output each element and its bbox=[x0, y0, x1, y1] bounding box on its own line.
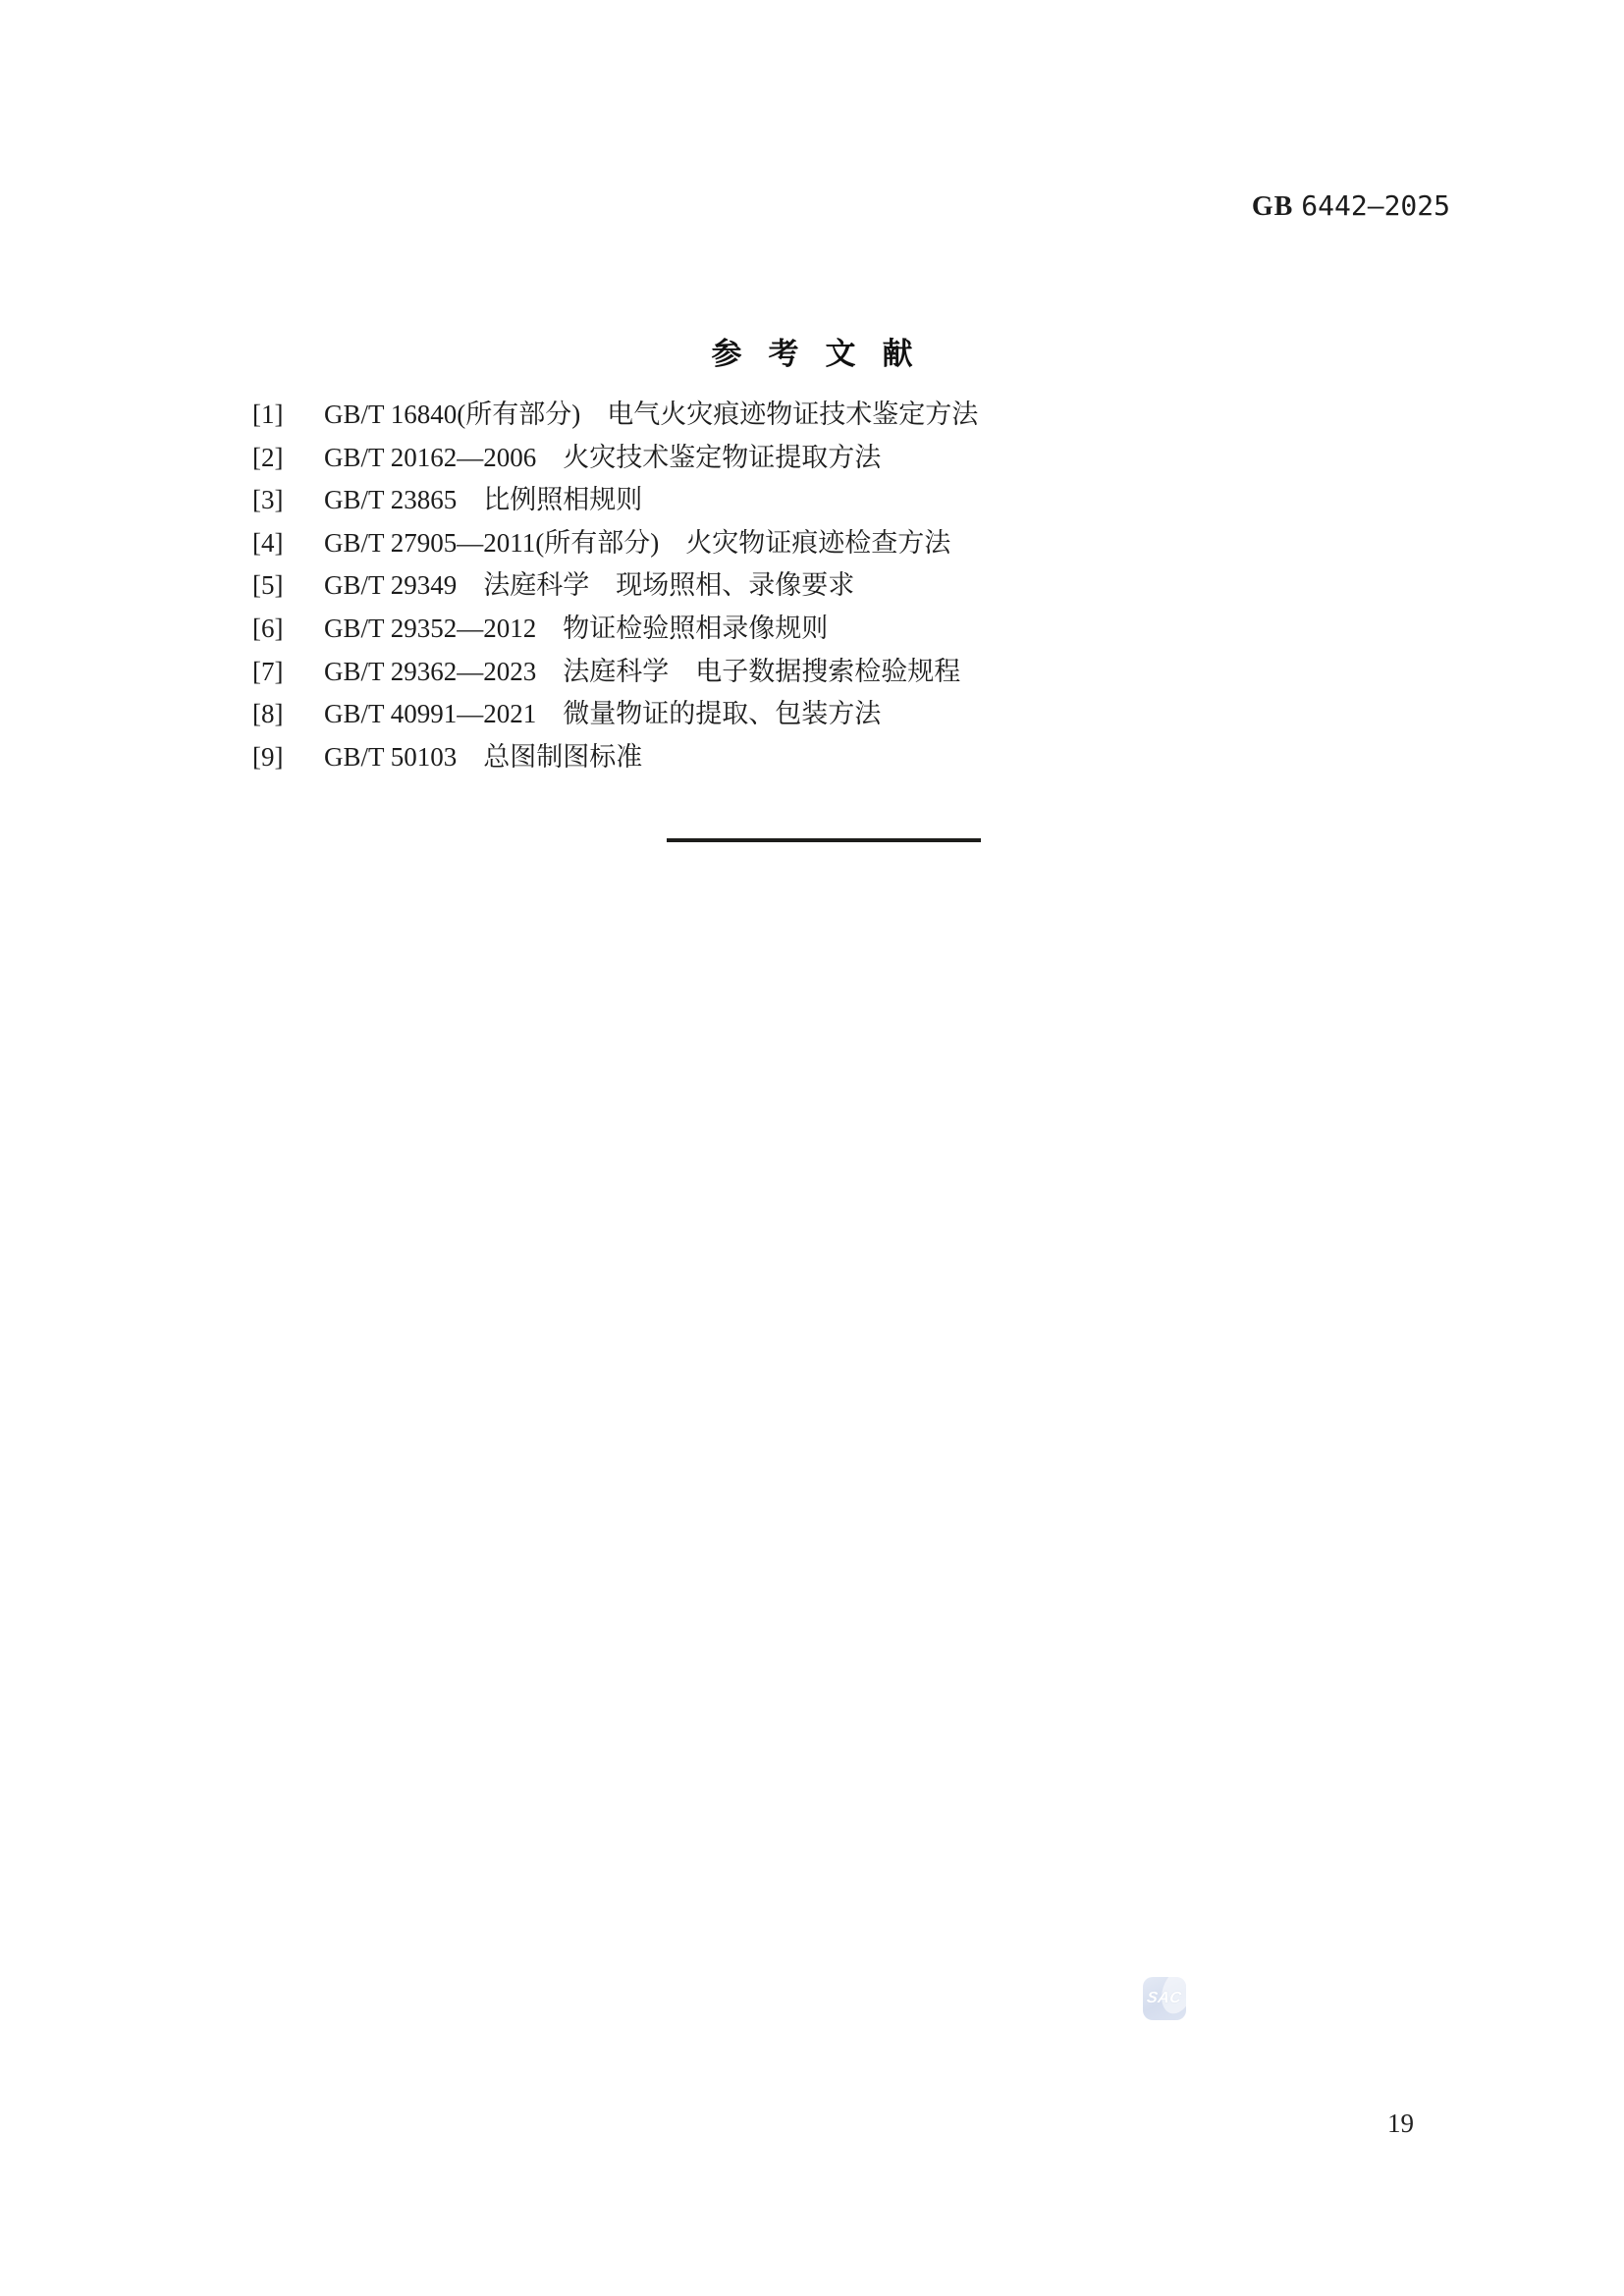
reference-item: [9]GB/T 50103 总图制图标准 bbox=[0, 736, 1624, 779]
reference-item: [7]GB/T 29362—2023 法庭科学 电子数据搜索检验规程 bbox=[0, 651, 1624, 694]
reference-text: GB/T 29352—2012 物证检验照相录像规则 bbox=[324, 608, 828, 651]
reference-text: GB/T 29362—2023 法庭科学 电子数据搜索检验规程 bbox=[324, 651, 960, 694]
reference-item: [4]GB/T 27905—2011(所有部分) 火灾物证痕迹检查方法 bbox=[0, 522, 1624, 565]
reference-number: [3] bbox=[252, 479, 283, 522]
reference-number: [1] bbox=[252, 394, 283, 437]
page-title: 参考文献 bbox=[0, 329, 1624, 373]
reference-text: GB/T 16840(所有部分) 电气火灾痕迹物证技术鉴定方法 bbox=[324, 394, 978, 437]
reference-text: GB/T 40991—2021 微量物证的提取、包装方法 bbox=[324, 693, 881, 736]
reference-number: [2] bbox=[252, 437, 283, 480]
document-page: GB6442—2025 参考文献 [1]GB/T 16840(所有部分) 电气火… bbox=[0, 0, 1624, 2296]
reference-text: GB/T 50103 总图制图标准 bbox=[324, 736, 642, 779]
reference-number: [8] bbox=[252, 693, 283, 736]
page-number: 19 bbox=[1387, 2109, 1414, 2139]
reference-item: [8]GB/T 40991—2021 微量物证的提取、包装方法 bbox=[0, 693, 1624, 736]
end-of-document-divider bbox=[667, 838, 981, 842]
reference-number: [5] bbox=[252, 564, 283, 608]
reference-number: [4] bbox=[252, 522, 283, 565]
standard-number: 6442—2025 bbox=[1301, 189, 1450, 222]
reference-text: GB/T 29349 法庭科学 现场照相、录像要求 bbox=[324, 564, 854, 608]
sac-watermark-logo: SAC bbox=[1143, 1977, 1186, 2020]
reference-number: [6] bbox=[252, 608, 283, 651]
reference-item: [2]GB/T 20162—2006 火灾技术鉴定物证提取方法 bbox=[0, 437, 1624, 480]
reference-item: [3]GB/T 23865 比例照相规则 bbox=[0, 479, 1624, 522]
standard-prefix: GB bbox=[1252, 191, 1293, 222]
reference-text: GB/T 23865 比例照相规则 bbox=[324, 479, 642, 522]
reference-text: GB/T 27905—2011(所有部分) 火灾物证痕迹检查方法 bbox=[324, 522, 950, 565]
reference-list: [1]GB/T 16840(所有部分) 电气火灾痕迹物证技术鉴定方法[2]GB/… bbox=[0, 394, 1624, 778]
reference-number: [7] bbox=[252, 651, 283, 694]
sac-logo-label: SAC bbox=[1146, 1990, 1183, 2007]
standard-code-header: GB6442—2025 bbox=[1252, 189, 1450, 223]
reference-text: GB/T 20162—2006 火灾技术鉴定物证提取方法 bbox=[324, 437, 881, 480]
reference-item: [6]GB/T 29352—2012 物证检验照相录像规则 bbox=[0, 608, 1624, 651]
reference-item: [1]GB/T 16840(所有部分) 电气火灾痕迹物证技术鉴定方法 bbox=[0, 394, 1624, 437]
reference-item: [5]GB/T 29349 法庭科学 现场照相、录像要求 bbox=[0, 564, 1624, 608]
reference-number: [9] bbox=[252, 736, 283, 779]
